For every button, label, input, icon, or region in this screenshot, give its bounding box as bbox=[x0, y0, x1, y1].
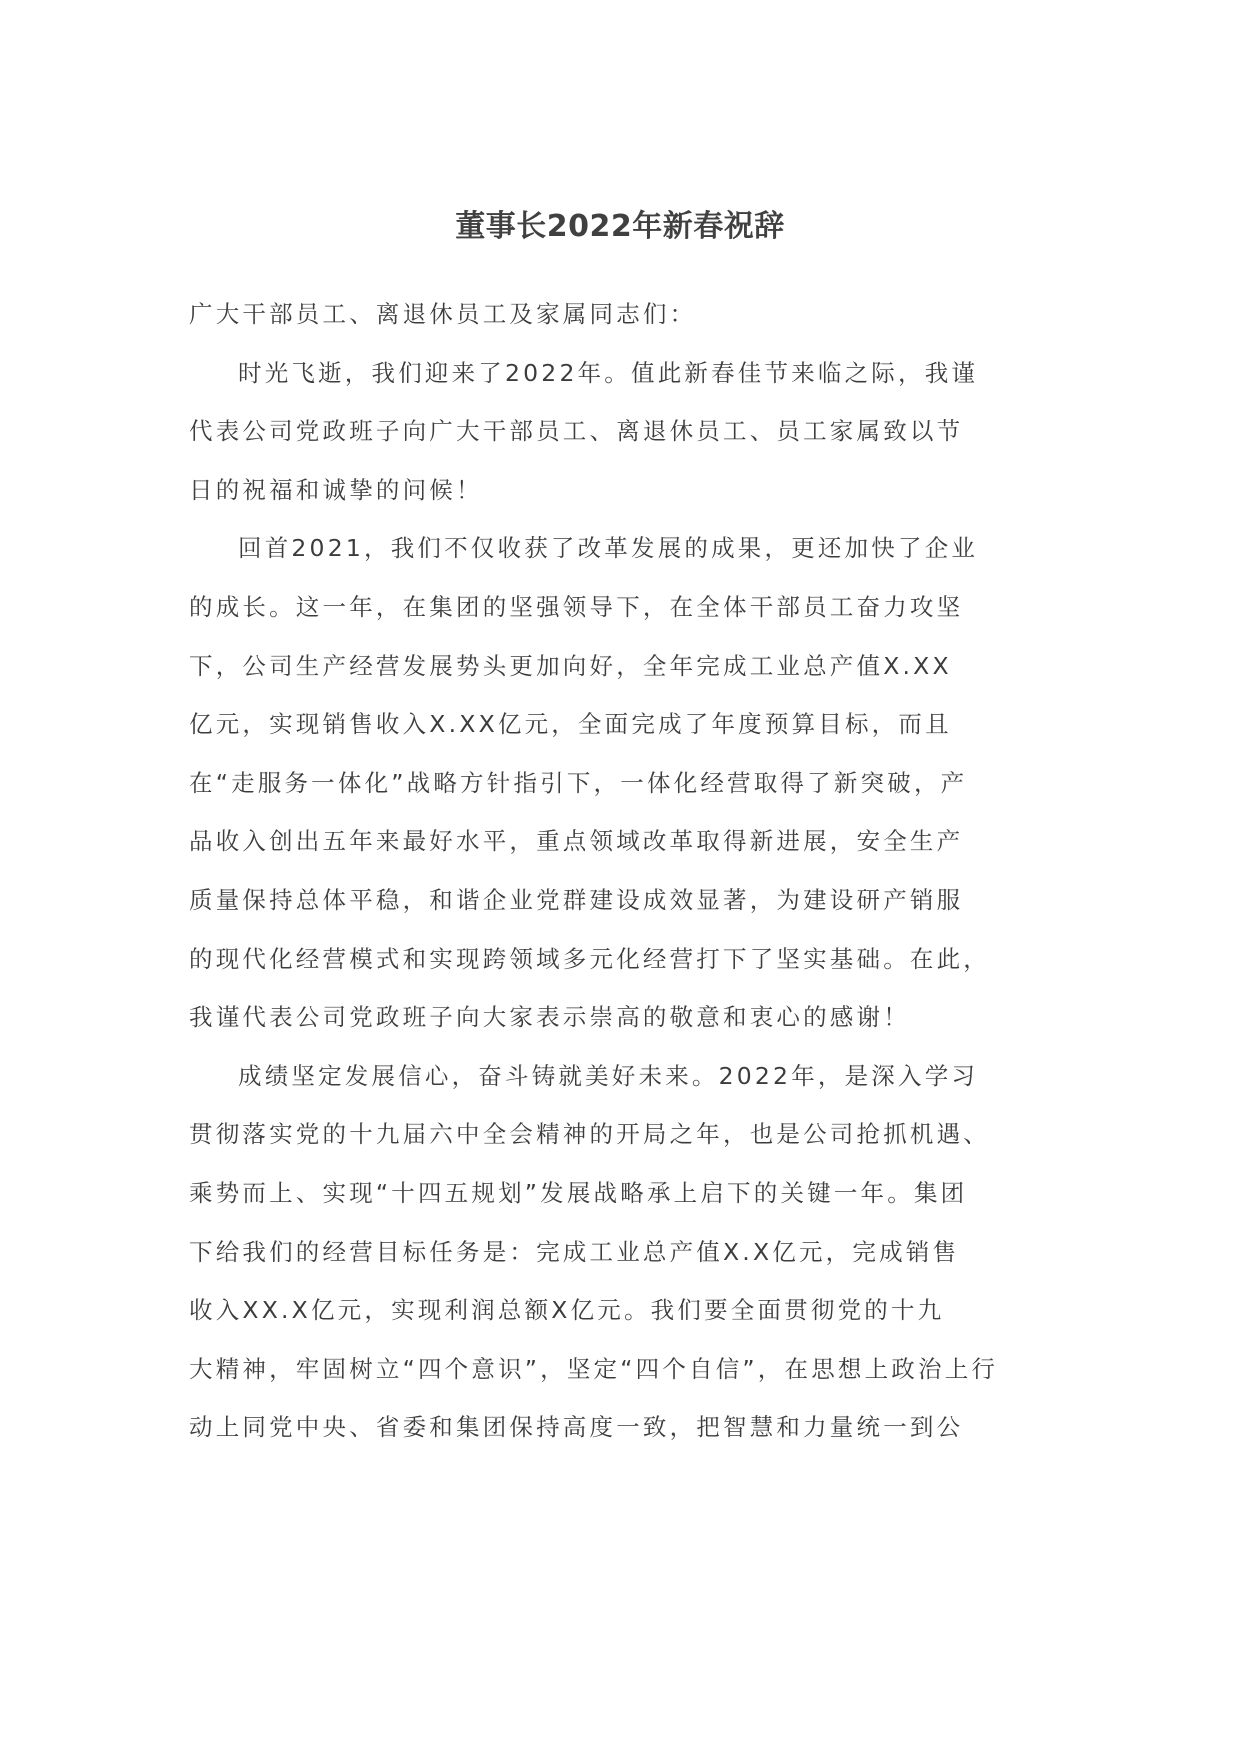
paragraph-line: 在“走服务一体化”战略方针指引下，一体化经营取得了新突破，产 bbox=[189, 754, 1089, 813]
paragraph-line: 贯彻落实党的十九届六中全会精神的开局之年，也是公司抢抓机遇、 bbox=[189, 1105, 1089, 1164]
paragraph-line: 成绩坚定发展信心，奋斗铸就美好未来。2022年，是深入学习 bbox=[189, 1047, 1089, 1106]
paragraph-line: 乘势而上、实现“十四五规划”发展战略承上启下的关键一年。集团 bbox=[189, 1164, 1089, 1223]
paragraph-line: 时光飞逝，我们迎来了2022年。值此新春佳节来临之际，我谨 bbox=[189, 344, 1089, 403]
paragraph-line: 品收入创出五年来最好水平，重点领域改革取得新进展，安全生产 bbox=[189, 812, 1089, 871]
paragraph-line: 大精神，牢固树立“四个意识”，坚定“四个自信”，在思想上政治上行 bbox=[189, 1340, 1089, 1399]
paragraph-line: 亿元，实现销售收入X.XX亿元，全面完成了年度预算目标，而且 bbox=[189, 695, 1089, 754]
paragraph-outlook-2022: 成绩坚定发展信心，奋斗铸就美好未来。2022年，是深入学习 贯彻落实党的十九届六… bbox=[189, 1047, 1089, 1457]
paragraph-line: 下，公司生产经营发展势头更加向好，全年完成工业总产值X.XX bbox=[189, 637, 1089, 696]
paragraph-line: 收入XX.X亿元，实现利润总额X亿元。我们要全面贯彻党的十九 bbox=[189, 1281, 1089, 1340]
paragraph-line: 动上同党中央、省委和集团保持高度一致，把智慧和力量统一到公 bbox=[189, 1398, 1089, 1457]
salutation: 广大干部员工、离退休员工及家属同志们： bbox=[189, 285, 1089, 344]
paragraph-line: 我谨代表公司党政班子向大家表示崇高的敬意和衷心的感谢！ bbox=[189, 988, 1089, 1047]
paragraph-line: 回首2021，我们不仅收获了改革发展的成果，更还加快了企业 bbox=[189, 519, 1089, 578]
paragraph-line: 的成长。这一年，在集团的坚强领导下，在全体干部员工奋力攻坚 bbox=[189, 578, 1089, 637]
document-body: 广大干部员工、离退休员工及家属同志们： 时光飞逝，我们迎来了2022年。值此新春… bbox=[189, 285, 1089, 1457]
paragraph-line: 下给我们的经营目标任务是：完成工业总产值X.X亿元，完成销售 bbox=[189, 1223, 1089, 1282]
document-title: 董事长2022年新春祝辞 bbox=[0, 205, 1240, 249]
paragraph-review-2021: 回首2021，我们不仅收获了改革发展的成果，更还加快了企业 的成长。这一年，在集… bbox=[189, 519, 1089, 1046]
document-page: 董事长2022年新春祝辞 广大干部员工、离退休员工及家属同志们： 时光飞逝，我们… bbox=[0, 0, 1240, 1754]
paragraph-line: 质量保持总体平稳，和谐企业党群建设成效显著，为建设研产销服 bbox=[189, 871, 1089, 930]
paragraph-line: 日的祝福和诚挚的问候！ bbox=[189, 461, 1089, 520]
paragraph-greeting: 时光飞逝，我们迎来了2022年。值此新春佳节来临之际，我谨 代表公司党政班子向广… bbox=[189, 344, 1089, 520]
paragraph-line: 代表公司党政班子向广大干部员工、离退休员工、员工家属致以节 bbox=[189, 402, 1089, 461]
paragraph-line: 的现代化经营模式和实现跨领域多元化经营打下了坚实基础。在此， bbox=[189, 930, 1089, 989]
